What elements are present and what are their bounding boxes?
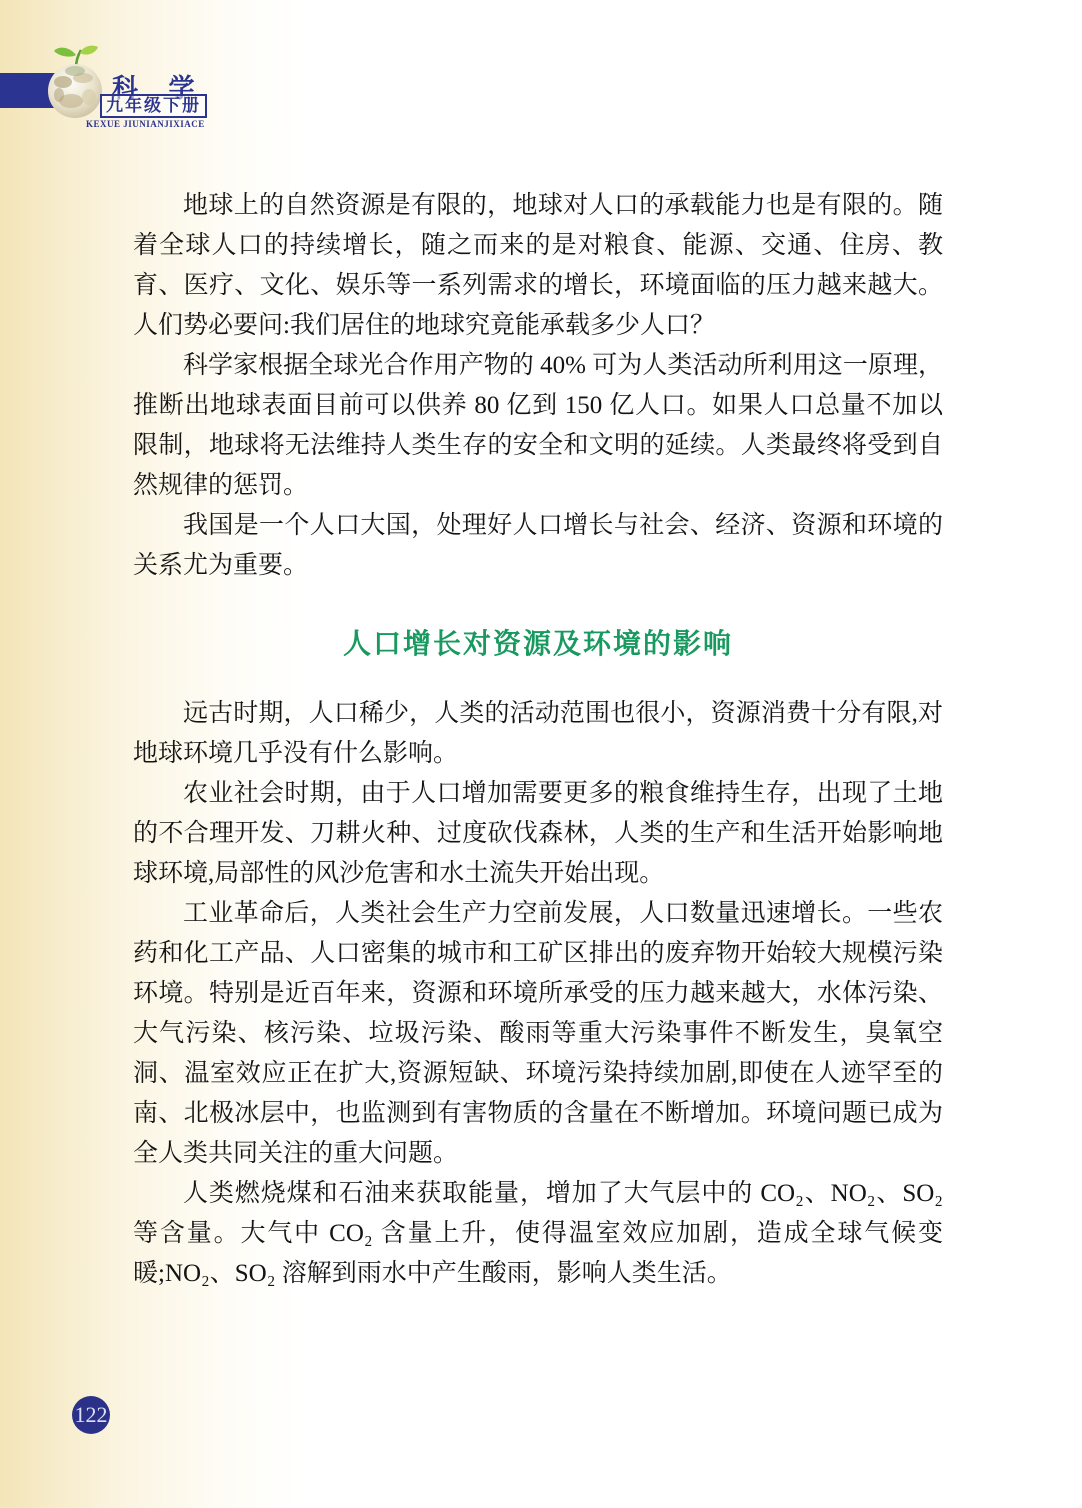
body-paragraph: 科学家根据全球光合作用产物的 40% 可为人类活动所利用这一原理，推断出地球表面…	[133, 346, 943, 506]
page-number-badge: 122	[72, 1396, 110, 1434]
section-heading: 人口增长对资源及环境的影响	[133, 624, 943, 664]
body-paragraph: 地球上的自然资源是有限的，地球对人口的承载能力也是有限的。随着全球人口的持续增长…	[133, 186, 943, 346]
grade-label: 九年级下册	[100, 94, 207, 118]
page-content: 地球上的自然资源是有限的，地球对人口的承载能力也是有限的。随着全球人口的持续增长…	[133, 186, 943, 1294]
textbook-page: { "page": { "number": "122", "background…	[0, 0, 1082, 1508]
body-paragraph: 工业革命后，人类社会生产力空前发展，人口数量迅速增长。一些农药和化工产品、人口密…	[133, 894, 943, 1174]
book-title-pinyin: KEXUE JIUNIANJIXIACE	[86, 119, 205, 129]
page-number: 122	[75, 1402, 108, 1428]
body-paragraph: 农业社会时期，由于人口增加需要更多的粮食维持生存，出现了土地的不合理开发、刀耕火…	[133, 774, 943, 894]
body-paragraph: 我国是一个人口大国，处理好人口增长与社会、经济、资源和环境的关系尤为重要。	[133, 506, 943, 586]
body-paragraph: 人类燃烧煤和石油来获取能量，增加了大气层中的 CO₂、NO₂、SO₂ 等含量。大…	[133, 1174, 943, 1294]
body-paragraph: 远古时期，人口稀少，人类的活动范围也很小，资源消费十分有限,对地球环境几乎没有什…	[133, 694, 943, 774]
